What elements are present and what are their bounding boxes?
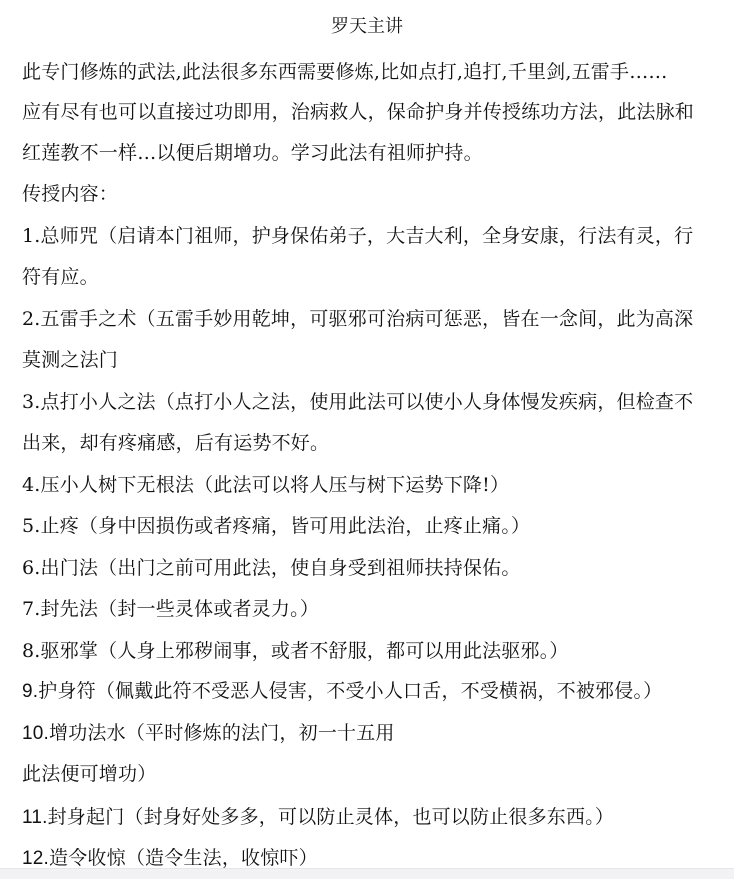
list-item-10-cont: 此法便可增功） bbox=[22, 762, 727, 788]
list-item-6: 6.出门法（出门之前可用此法，使自身受到祖师扶持保佑。 bbox=[22, 555, 727, 581]
intro-line-1: 此专门修炼的武法,此法很多东西需要修炼,比如点打,追打,千里剑,五雷手…… bbox=[22, 59, 727, 85]
list-item-5: 5.止疼（身中因损伤或者疼痛，皆可用此法治，止疼止痛。） bbox=[22, 513, 727, 539]
document-page: 罗天主讲 此专门修炼的武法,此法很多东西需要修炼,比如点打,追打,千里剑,五雷手… bbox=[0, 0, 734, 868]
list-item-2-cont: 莫测之法门 bbox=[22, 347, 727, 373]
list-item-9: 9.护身符（佩戴此符不受恶人侵害，不受小人口舌，不受横祸，不被邪侵。） bbox=[22, 679, 727, 705]
list-item-3: 3.点打小人之法（点打小人之法，使用此法可以使小人身体慢发疾病，但检查不 bbox=[22, 389, 727, 415]
list-item-2: 2.五雷手之术（五雷手妙用乾坤，可驱邪可治病可惩恶，皆在一念间，此为高深 bbox=[22, 306, 727, 332]
intro-line-3: 红莲教不一样…以便后期增功。学习此法有祖师护持。 bbox=[22, 140, 727, 166]
bottom-bar bbox=[0, 868, 734, 879]
list-item-3-cont: 出来，却有疼痛感，后有运势不好。 bbox=[22, 430, 727, 456]
list-item-8: 8.驱邪掌（人身上邪秽闹事，或者不舒服，都可以用此法驱邪。） bbox=[22, 638, 727, 664]
list-item-4: 4.压小人树下无根法（此法可以将人压与树下运势下降!） bbox=[22, 472, 727, 498]
document-title: 罗天主讲 bbox=[0, 14, 734, 40]
list-item-7: 7.封先法（封一些灵体或者灵力。） bbox=[22, 596, 727, 622]
list-item-11: 11.封身起门（封身好处多多，可以防止灵体，也可以防止很多东西。） bbox=[22, 805, 727, 831]
list-item-1: 1.总师咒（启请本门祖师，护身保佑弟子，大吉大利，全身安康，行法有灵，行 bbox=[22, 223, 727, 249]
section-heading: 传授内容： bbox=[22, 181, 727, 207]
list-item-10: 10.增功法水（平时修炼的法门，初一十五用 bbox=[22, 721, 727, 747]
intro-line-2: 应有尽有也可以直接过功即用，治病救人，保命护身并传授练功方法，此法脉和 bbox=[22, 99, 727, 125]
list-item-1-cont: 符有应。 bbox=[22, 264, 727, 290]
